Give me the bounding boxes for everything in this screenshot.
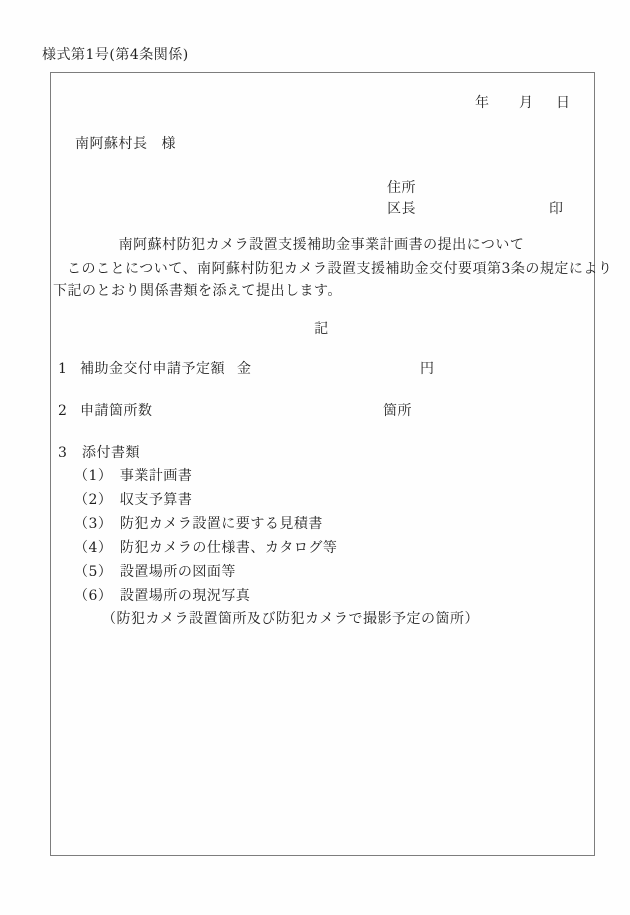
attachment-item-4: （4） 防犯カメラの仕様書、カタログ等 [74, 540, 337, 556]
record-mark: 記 [50, 321, 593, 337]
item1-amount-suffix: 円 [420, 361, 435, 377]
document-frame-border [50, 72, 595, 856]
date-year-label: 年 [475, 95, 490, 111]
item2-number: 2 [58, 403, 67, 419]
attachment-item-2: （2） 収支予算書 [74, 492, 192, 508]
body-text-line1: このことについて、南阿蘇村防犯カメラ設置支援補助金交付要項第3条の規定により [67, 261, 612, 277]
date-month-label: 月 [519, 95, 534, 111]
attachment-item-5: （5） 設置場所の図面等 [74, 564, 236, 580]
item1-label: 補助金交付申請予定額 [80, 361, 225, 377]
attachment-note: （防犯カメラ設置箇所及び防犯カメラで撮影予定の箇所） [102, 611, 479, 627]
item2-unit-suffix: 箇所 [383, 403, 412, 419]
body-text-line2: 下記のとおり関係書類を添えて提出します。 [53, 283, 342, 299]
item1-amount-prefix: 金 [237, 361, 252, 377]
attachment-item-3: （3） 防犯カメラ設置に要する見積書 [74, 516, 323, 532]
date-day-label: 日 [556, 95, 571, 111]
item3-number: 3 [58, 445, 67, 461]
applicant-seal-label: 印 [549, 201, 564, 217]
form-number: 様式第1号(第4条関係) [42, 47, 189, 63]
document-page: 様式第1号(第4条関係) 年 月 日 南阿蘇村長 様 住所 区長 印 南阿蘇村防… [0, 0, 630, 915]
item2-label: 申請箇所数 [80, 403, 153, 419]
item1-number: 1 [58, 361, 67, 377]
addressee-honorific: 様 [162, 136, 177, 152]
addressee-name: 南阿蘇村長 [75, 136, 148, 152]
attachment-item-1: （1） 事業計画書 [74, 468, 192, 484]
addressee-line: 南阿蘇村長 様 [75, 136, 176, 152]
item3-label: 添付書類 [82, 445, 140, 461]
applicant-chief-label: 区長 [387, 201, 416, 217]
document-title: 南阿蘇村防犯カメラ設置支援補助金事業計画書の提出について [50, 237, 593, 253]
attachment-item-6: （6） 設置場所の現況写真 [74, 588, 250, 604]
applicant-address-label: 住所 [387, 180, 416, 196]
